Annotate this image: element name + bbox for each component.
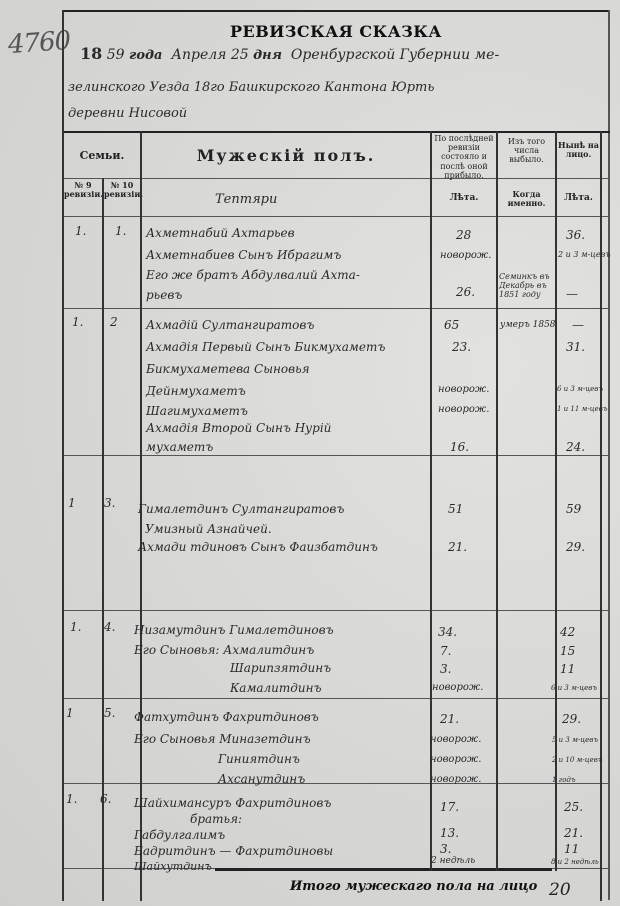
row4-age-prev-2: 7. [440,644,451,658]
row6-name-1: Шайхимансуръ Фахритдиновъ [134,796,331,810]
header-rev9: № 9 ревизіи. [64,181,102,199]
col-line-left [62,131,64,901]
row4-age-now-4: 6 и 3 м-цевъ [551,684,597,692]
row4-rev9: 1. [70,620,81,634]
row2-age-now-5: 1 и 11 м-цевъ [557,405,607,413]
row2-name-3: Бикмухаметева Сыновья [146,362,310,376]
row3-age-now-3: 29. [566,540,585,554]
subheading-teptyari: Тептяри [215,192,277,207]
header-date-line: 18 59 года Апреля 25 дня Оренбургской Гу… [80,44,499,63]
row1-age-now-4: — [566,287,578,301]
row2-name-7: мухаметъ [146,440,213,454]
row5-name-2: Его Сыновья Миназетдинъ [134,732,311,746]
row4-age-prev-3: 3. [440,662,451,676]
row5-age-prev-3: новорож. [430,754,481,765]
row2-rev10: 2 [110,315,118,329]
row3-name-1: Гималетдинъ Султангиратовъ [138,502,344,516]
row1-age-prev-1: 28 [456,228,471,242]
header-now-present: Нынѣ на лицо. [557,141,600,159]
row6-name-5: Шайхутдинъ [134,860,212,873]
month-day: Апреля 25 [171,47,248,63]
row2-rev9: 1. [72,315,83,329]
row3-age-prev-3: 21. [448,540,467,554]
row5-age-prev-1: 21. [440,712,459,726]
row1-age-prev-4: 26. [456,285,475,299]
row2-left-note: умеръ 1858 [500,320,556,330]
row6-age-prev-4: 3. [440,842,451,856]
row5-age-now-2: 5 и 3 м-цевъ [552,736,598,744]
row-divider-2 [62,455,610,456]
row2-name-1: Ахмадій Султангиратовъ [146,318,314,332]
header-divider-1 [62,178,610,179]
document-title: РЕВИЗСКАЯ СКАЗКА [230,22,442,41]
row3-rev9: 1 [68,496,76,510]
row6-age-prev-5: 2 недѣль [431,856,475,866]
row2-age-now-2: 31. [566,340,585,354]
row4-age-prev-4: новорож. [432,682,483,693]
document-page: 4760 РЕВИЗСКАЯ СКАЗКА 18 59 года Апреля … [0,0,620,906]
row5-name-1: Фатхутдинъ Фахритдиновъ [134,710,319,724]
header-families: Семьи. [64,150,140,163]
row1-name-3: Его же братъ Абдулвалий Ахта- [146,268,360,282]
row1-age-prev-2: новорож. [440,250,491,261]
province: Оренбургской Губернии ме- [291,47,499,63]
row3-name-2: Умизный Азнайчей. [145,522,272,536]
total-rule [215,868,552,871]
total-label: Итого мужескаго пола на лицо [290,879,537,894]
row1-name-2: Ахметнабиев Сынъ Ибрагимъ [146,248,341,262]
row6-name-3: Габдулгалимъ [134,828,225,842]
row4-name-2: Его Сыновья: Ахмалитдинъ [134,643,314,657]
year-suffix: 59 [107,47,125,63]
col-line-prev [496,131,498,871]
row4-name-1: Низамутдинъ Гималетдиновъ [134,623,334,637]
row5-age-now-1: 29. [562,712,581,726]
year-prefix: 18 [80,44,102,63]
row1-age-now-2: 2 и 3 м-цевъ [558,250,611,259]
row5-name-4: Ахсанутдинъ [218,772,305,786]
row2-age-prev-5: новорож. [438,404,489,415]
row4-age-now-3: 11 [560,662,575,676]
row3-age-prev-1: 51 [448,502,463,516]
row1-rev10: 1. [115,224,126,238]
row2-name-4: Дейнмухаметъ [146,384,246,398]
row5-age-prev-4: новорож. [430,774,481,785]
year-label: года [129,48,162,63]
row1-rev9: 1. [75,224,86,238]
row6-name-2: братья: [190,812,242,826]
row2-age-prev-7: 16. [450,440,469,454]
col-line-right [600,131,602,901]
row6-rev9: 1. [66,792,77,806]
row-divider-5 [62,783,610,784]
header-male: Мужескій полъ. [142,147,430,165]
row2-name-6: Ахмадія Второй Сынъ Нурій [146,421,331,435]
header-of-them-left: Изъ того числа выбыло. [498,137,555,165]
header-village-line: деревни Нисовой [68,106,187,121]
row5-age-now-4: 1 годъ [552,776,576,784]
row2-age-prev-1: 65 [444,318,459,332]
row4-name-3: Шарипзятдинъ [230,661,331,675]
day-label: дня [253,48,282,63]
row-divider-1 [62,308,610,309]
row3-rev10: 3. [104,496,115,510]
row2-name-2: Ахмадія Первый Сынъ Бикмухаметъ [146,340,385,354]
row-divider-4 [62,698,610,699]
header-by-last-revision: По послѣдней ревизіи состояло и послѣ он… [432,134,496,180]
row5-name-3: Гиниятдинъ [218,752,300,766]
row4-age-now-1: 42 [560,625,575,639]
header-district-line: зелинского Уезда 18го Башкирского Кантон… [68,80,434,95]
row1-age-now-1: 36. [566,228,585,242]
row2-age-prev-4: новорож. [438,384,489,395]
row6-age-now-3: 21. [564,826,583,840]
row5-rev9: 1 [66,706,74,720]
row2-age-now-4: 6 и 3 м-цевъ [557,385,603,393]
row6-age-now-4: 11 [564,842,579,856]
row6-name-4: Бадритдинъ — Фахритдиновы [134,844,333,858]
frame-left-border [62,10,64,132]
row6-age-prev-3: 13. [440,826,459,840]
total-value: 20 [549,880,571,900]
frame-top-border [62,10,610,12]
row6-age-now-5: 8 и 2 недѣль [551,858,599,866]
row2-name-5: Шагимухаметъ [146,404,248,418]
row6-age-now-1: 25. [564,800,583,814]
row4-age-prev-1: 34. [438,625,457,639]
row3-age-now-1: 59 [566,502,581,516]
row1-left-note: Семинкъ въ Декабрь въ 1851 году [499,273,554,299]
row2-age-prev-2: 23. [452,340,471,354]
table-top-border [62,131,610,133]
row6-age-prev-1: 17. [440,800,459,814]
row6-rev10: 6. [100,792,111,806]
row5-rev10: 5. [104,706,115,720]
row1-name-1: Ахметнабий Ахтарьев [146,226,295,240]
row4-age-now-2: 15 [560,644,575,658]
row5-age-now-3: 2 и 10 м-цевъ [552,756,602,764]
row2-age-now-7: 24. [566,440,585,454]
col-line-rev10 [140,131,142,901]
row1-name-4: рьевъ [146,288,182,302]
row4-rev10: 4. [104,620,115,634]
header-years-now: Лѣта. [557,193,600,203]
row3-name-3: Ахмади тдиновъ Сынъ Фаизбатдинъ [138,540,378,554]
row-divider-3 [62,610,610,611]
row2-age-now-1: — [572,318,584,332]
header-years: Лѣта. [432,193,496,203]
header-rev10: № 10 ревизіи. [104,181,140,199]
row5-age-prev-2: новорож. [430,734,481,745]
header-when-exactly: Когда именно. [498,190,555,208]
header-divider-2 [62,216,610,217]
row4-name-4: Камалитдинъ [230,681,322,695]
